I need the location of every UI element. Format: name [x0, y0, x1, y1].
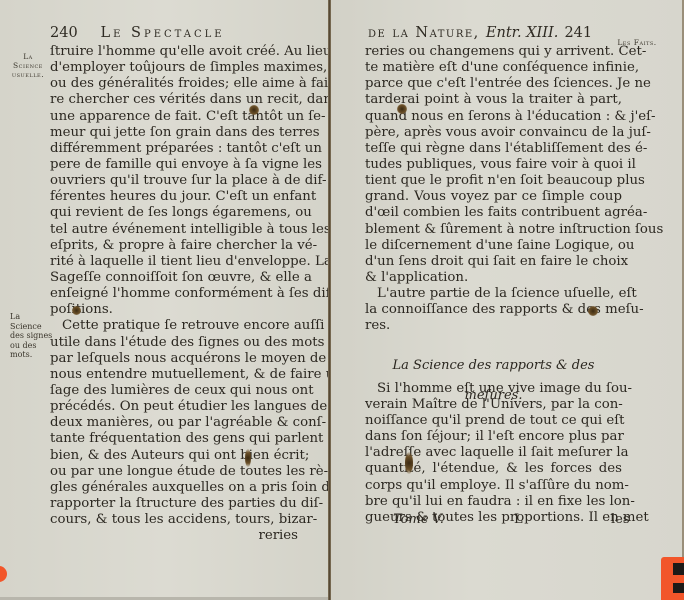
text-line: rapporter la ſtructure des parties du di…	[50, 496, 298, 512]
text-line: quantité, l'étendue, & les forces des	[365, 461, 622, 477]
margin-note-science-signes: La Science des signes ou des mots.	[10, 312, 54, 360]
text-line: teſſe qui règne dans l'établiſſement des…	[365, 141, 622, 157]
text-line: l'adreſſe avec laquelle il ſait meſurer …	[365, 445, 622, 461]
book-spread: 240 Le Spectacle La Science usuelle. La …	[0, 0, 684, 600]
entretien-label: Entr. XIII.	[486, 25, 558, 41]
text-line: bre qu'il lui en faudra : il en fixe les…	[365, 494, 622, 510]
left-body-text: ſtruire l'homme qu'elle avoit créé. Au l…	[50, 44, 298, 544]
volume-footer: Tome V.	[393, 512, 444, 527]
text-line: tient que le profit n'en ſoit beaucoup p…	[365, 173, 622, 189]
text-line: nous entendre mutuellement, & de faire u…	[50, 367, 298, 383]
text-line: meur qui jette ſon grain dans des terres	[50, 125, 298, 141]
text-line: qui revient de ſes longs égaremens, ou	[50, 205, 298, 221]
text-line: res.	[365, 318, 622, 334]
text-line: tante fréquentation des gens qui parlent	[50, 431, 298, 447]
text-line: d'œil combien les faits contribuent agré…	[365, 205, 622, 221]
text-line: différemment préparées : tantôt c'eſt un	[50, 141, 298, 157]
text-line: te matière eſt d'une conſéquence infinie…	[365, 60, 622, 76]
margin-note-science-usuelle: La Science usuelle.	[8, 52, 48, 79]
right-body-text: reries ou changemens qui y arrivent. Cet…	[365, 44, 622, 526]
right-page: de la Nature, Entr. XIII. 241 Les Faits.…	[331, 0, 684, 600]
text-line: gles générales auxquelles on a pris ſoin…	[50, 480, 298, 496]
text-line: cours, & tous les accidens, tours, bizar…	[50, 512, 298, 528]
text-line: d'employer toûjours de ſimples maximes,	[50, 60, 298, 76]
bookmark-tab-right	[661, 557, 684, 600]
text-line: re chercher ces vérités dans un recit, d…	[50, 92, 298, 108]
text-line: Cette pratique ſe retrouve encore auſſi	[50, 318, 298, 334]
wormhole-stain	[249, 105, 259, 115]
text-line: pere de famille qui envoye à ſa vigne le…	[50, 157, 298, 173]
left-running-head: 240 Le Spectacle	[50, 25, 225, 41]
text-line: deux manières, ou par l'agréable & conſ-	[50, 415, 298, 431]
text-line: L'autre partie de la ſcience uſuelle, eſ…	[365, 286, 622, 302]
text-line: Si l'homme eſt une vive image du ſou-	[365, 381, 622, 397]
wormhole-stain	[397, 104, 407, 114]
left-page-number: 240	[50, 25, 78, 41]
text-line: bien, & des Auteurs qui ont bien écrit;	[50, 448, 298, 464]
text-line: par leſquels nous acquérons le moyen de	[50, 351, 298, 367]
text-line: père, après vous avoir convaincu de la j…	[365, 125, 622, 141]
right-running-title: de la Nature,	[368, 25, 480, 41]
text-line: ouvriers qu'il trouve ſur la place à de …	[50, 173, 298, 189]
text-line: Sageſſe connoiſſoit ſon œuvre, & elle a	[50, 270, 298, 286]
wormhole-stain	[405, 452, 413, 474]
left-running-title: Le Spectacle	[101, 25, 225, 41]
text-line: utile dans l'étude des ſignes ou des mot…	[50, 335, 298, 351]
text-line: blement & ſûrement à notre inſtruction ſ…	[365, 222, 622, 238]
text-line: une apparence de fait. C'eſt tantôt un ſ…	[50, 109, 298, 125]
text-line: eſprits, & propre à faire chercher la vé…	[50, 238, 298, 254]
text-line: corps qu'il employe. Il s'aſſûre du nom-	[365, 478, 622, 494]
left-page: 240 Le Spectacle La Science usuelle. La …	[0, 0, 329, 600]
text-line: le diſcernement d'une ſaine Logique, ou	[365, 238, 622, 254]
text-line: parce que c'eſt l'entrée des ſciences. J…	[365, 76, 622, 92]
wormhole-stain	[588, 306, 598, 316]
text-line: tel autre événement intelligible à tous …	[50, 222, 298, 238]
text-line: la connoiſſance des rapports & des meſu-	[365, 302, 622, 318]
right-page-number: 241	[564, 25, 592, 41]
text-line: tudes publiques, vous faire voir à quoi …	[365, 157, 622, 173]
right-running-head: de la Nature, Entr. XIII. 241	[368, 25, 592, 41]
text-line: verain Maître de l'Univers, par la con-	[365, 397, 622, 413]
catchword-right: les	[611, 512, 630, 527]
text-line: ou par une longue étude de toutes les rè…	[50, 464, 298, 480]
wormhole-stain	[245, 449, 251, 467]
spacer	[365, 335, 622, 351]
text-line: grand. Vous voyez par ce ſimple coup	[365, 189, 622, 205]
text-line: ſage des lumières de ceux qui nous ont	[50, 383, 298, 399]
catchword-left: reries	[50, 528, 298, 544]
text-line: précédés. On peut étudier les langues de	[50, 399, 298, 415]
text-line: férentes heures du jour. C'eſt un enfant	[50, 189, 298, 205]
text-line: reries ou changemens qui y arrivent. Cet…	[365, 44, 622, 60]
text-line: ſtruire l'homme qu'elle avoit créé. Au l…	[50, 44, 298, 60]
text-line: enſeigné l'homme conformément à ſes diſ-	[50, 286, 298, 302]
text-line: noiſſance qu'il prend de tout ce qui eſt	[365, 413, 622, 429]
text-line: ou des généralités froides; elle aime à …	[50, 76, 298, 92]
text-line: poſitions.	[50, 302, 298, 318]
text-line: dans ſon ſéjour; il l'eſt encore plus pa…	[365, 429, 622, 445]
wormhole-stain	[72, 306, 81, 315]
text-line: & l'application.	[365, 270, 622, 286]
section-heading: La Science des rapports & des meſures.	[365, 351, 622, 381]
signature-mark: L	[514, 512, 523, 527]
text-line: rité à laquelle il tient lieu d'envelopp…	[50, 254, 298, 270]
text-line: d'un ſens droit qui ſait en faire le cho…	[365, 254, 622, 270]
